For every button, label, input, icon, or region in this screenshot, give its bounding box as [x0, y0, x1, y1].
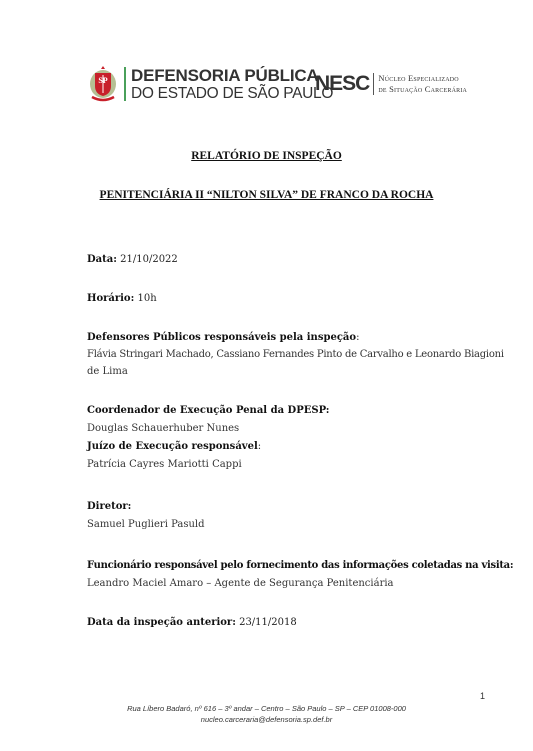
field-coordenador-value: Douglas Schauerhuber Nunes	[87, 419, 239, 439]
field-coordenador-label: Coordenador de Execução Penal da DPESP:	[87, 405, 329, 416]
field-horario-label: Horário:	[87, 293, 134, 304]
field-juizo-value: Patrícia Cayres Mariotti Cappi	[87, 455, 242, 475]
org-name-line2: DO ESTADO DE SÃO PAULO	[131, 86, 333, 102]
field-diretor: Diretor:	[87, 497, 131, 517]
field-juizo-label: Juízo de Execução responsável	[87, 441, 258, 452]
field-funcionario-value: Leandro Maciel Amaro – Agente de Seguran…	[87, 574, 394, 594]
field-defensores-value-1: Flávia Stringari Machado, Cassiano Ferna…	[87, 345, 504, 365]
field-funcionario: Funcionário responsável pelo forneciment…	[87, 556, 513, 576]
footer-address: Rua Líbero Badaró, nº 616 – 3º andar – C…	[0, 703, 533, 714]
field-inspecao-anterior: Data da inspeção anterior: 23/11/2018	[87, 613, 297, 633]
nesc-divider	[373, 73, 374, 95]
defensoria-logo: SP DEFENSORIA PÚBLICA DO ESTADO DE SÃO P…	[88, 64, 333, 104]
nesc-logo: NESC Núcleo Especializado de Situação Ca…	[315, 72, 467, 96]
field-defensores-label: Defensores Públicos responsáveis pela in…	[87, 332, 356, 343]
field-data-value: 21/10/2022	[120, 254, 178, 265]
field-inspecao-anterior-value: 23/11/2018	[239, 617, 297, 628]
field-coordenador: Coordenador de Execução Penal da DPESP:	[87, 401, 329, 421]
field-diretor-label: Diretor:	[87, 501, 131, 512]
document-subtitle: PENITENCIÁRIA II “NILTON SILVA” DE FRANC…	[0, 189, 533, 201]
nesc-name-line1: Núcleo Especializado	[378, 73, 467, 84]
page-header: SP DEFENSORIA PÚBLICA DO ESTADO DE SÃO P…	[88, 64, 468, 108]
field-data: Data: 21/10/2022	[87, 250, 178, 270]
field-juizo: Juízo de Execução responsável:	[87, 437, 261, 457]
footer-email: nucleo.carceraria@defensoria.sp.def.br	[0, 714, 533, 725]
logo-divider	[124, 67, 126, 101]
page-footer: Rua Líbero Badaró, nº 616 – 3º andar – C…	[0, 703, 533, 725]
page-number: 1	[480, 691, 485, 701]
field-horario-value: 10h	[137, 293, 156, 304]
org-name-line1: DEFENSORIA PÚBLICA	[131, 67, 333, 84]
field-horario: Horário: 10h	[87, 289, 157, 309]
field-defensores-value-2: de Lima	[87, 362, 128, 382]
sp-coat-of-arms-icon: SP	[88, 64, 118, 104]
field-funcionario-label: Funcionário responsável pelo forneciment…	[87, 560, 513, 571]
document-title: RELATÓRIO DE INSPEÇÃO	[0, 150, 533, 162]
nesc-name-line2: de Situação Carcerária	[378, 84, 467, 95]
field-inspecao-anterior-label: Data da inspeção anterior:	[87, 617, 236, 628]
nesc-mark: NESC	[315, 72, 369, 96]
field-data-label: Data:	[87, 254, 117, 265]
field-diretor-value: Samuel Puglieri Pasuld	[87, 515, 205, 535]
